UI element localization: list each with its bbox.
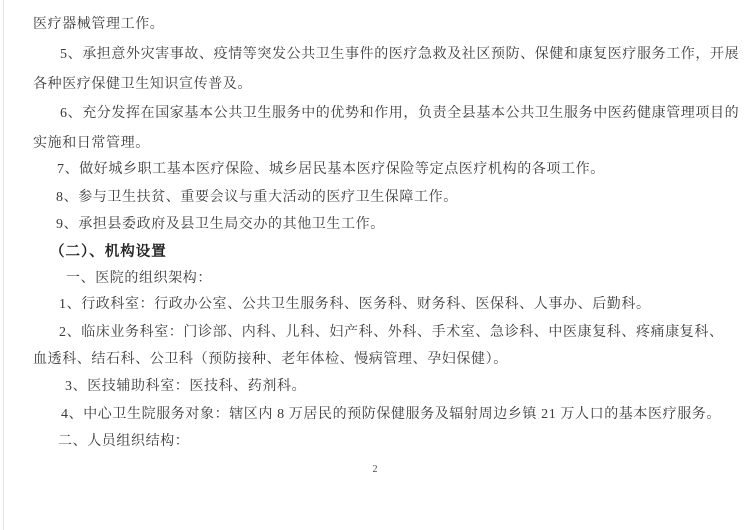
list-item-1-administrative-departments: 1、行政科室：行政办公室、公共卫生服务科、医务科、财务科、医保科、人事办、后勤科… <box>59 297 651 313</box>
subsection-2-personnel-structure: 二、人员组织结构： <box>58 434 189 450</box>
section-heading-organization-setup: （二）、机构设置 <box>50 244 167 260</box>
list-item-9-other-tasks: 9、承担县委政府及县卫生局交办的其他卫生工作。 <box>56 217 385 233</box>
list-item-2-clinical-departments: 2、临床业务科室：门诊部、内科、儿科、妇产科、外科、手术室、急诊科、中医康复科、… <box>59 325 724 341</box>
list-item-3-medical-technical-departments: 3、医技辅助科室：医技科、药剂科。 <box>65 379 306 395</box>
document-page: 医疗器械管理工作。 5、承担意外灾害事故、疫情等突发公共卫生事件的医疗急救及社区… <box>0 0 750 530</box>
list-item-8-health-security: 8、参与卫生扶贫、重要会议与重大活动的医疗卫生保障工作。 <box>56 190 458 206</box>
list-item-4-service-targets: 4、中心卫生院服务对象：辖区内 8 万居民的预防保健服务及辐射周边乡镇 21 万… <box>61 407 721 423</box>
subsection-1-hospital-structure: 一、医院的组织架构： <box>66 271 212 287</box>
paragraph-continuation-health-education: 各种医疗保健卫生知识宣传普及。 <box>33 77 252 93</box>
list-item-5-emergency-services: 5、承担意外灾害事故、疫情等突发公共卫生事件的医疗急救及社区预防、保健和康复医疗… <box>60 47 739 63</box>
scan-edge-line <box>3 0 4 530</box>
page-number: 2 <box>0 464 750 475</box>
list-item-7-medical-insurance: 7、做好城乡职工基本医疗保险、城乡居民基本医疗保险等定点医疗机构的各项工作。 <box>57 162 605 178</box>
paragraph-continuation-daily-management: 实施和日常管理。 <box>33 136 150 152</box>
paragraph-continuation-clinical-departments: 血透科、结石科、公卫科（预防接种、老年体检、慢病管理、孕妇保健）。 <box>33 352 508 368</box>
list-item-6-public-health-role: 6、充分发挥在国家基本公共卫生服务中的优势和作用，负责全县基本公共卫生服务中医药… <box>60 106 739 122</box>
paragraph-continuation-device-management: 医疗器械管理工作。 <box>33 17 164 33</box>
